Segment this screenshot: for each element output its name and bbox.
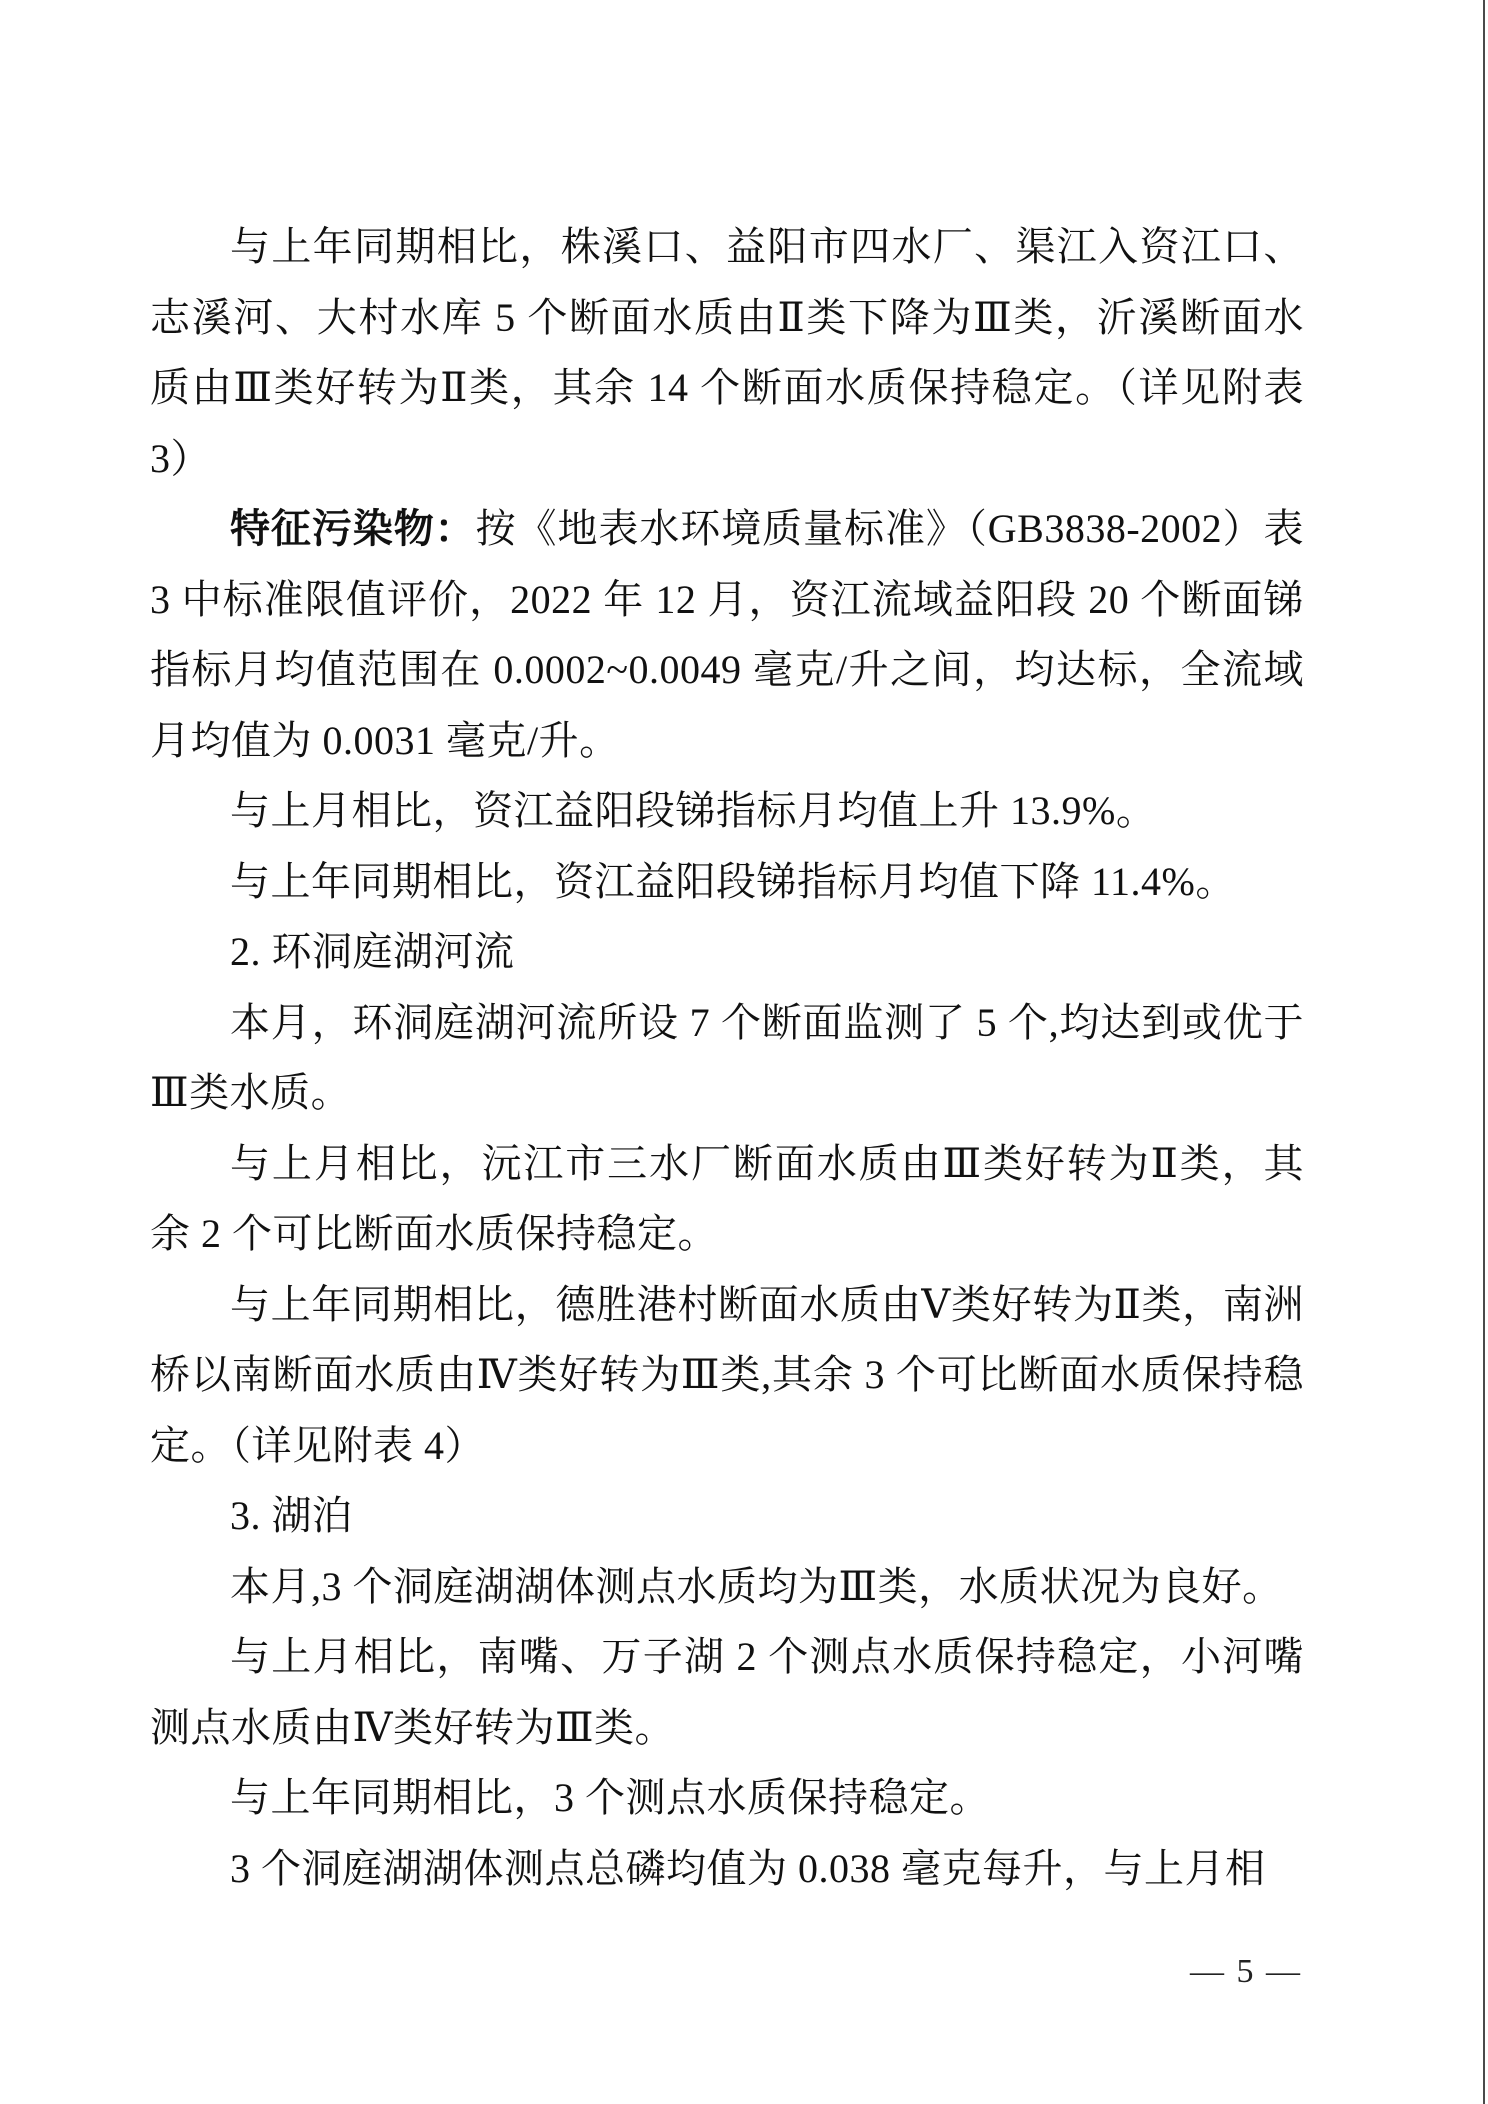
paragraph-lakes-vs-last-year: 与上年同期相比，3 个测点水质保持稳定。: [150, 1763, 1304, 1834]
paragraph-dongting-rivers-vs-last-year: 与上年同期相比，德胜港村断面水质由Ⅴ类好转为Ⅱ类，南洲桥以南断面水质由Ⅳ类好转为…: [150, 1270, 1304, 1482]
paragraph-lakes-overview: 本月,3 个洞庭湖湖体测点水质均为Ⅲ类，水质状况为良好。: [150, 1552, 1304, 1623]
heading-lakes: 3. 湖泊: [150, 1481, 1304, 1552]
paragraph-lakes-vs-last-month: 与上月相比，南嘴、万子湖 2 个测点水质保持稳定，小河嘴测点水质由Ⅳ类好转为Ⅲ类…: [150, 1622, 1304, 1763]
heading-dongting-rivers: 2. 环洞庭湖河流: [150, 917, 1304, 988]
scan-edge-line: [1483, 0, 1485, 2104]
page-number: — 5 —: [1190, 1952, 1302, 1992]
paragraph-dongting-rivers-vs-last-month: 与上月相比，沅江市三水厂断面水质由Ⅲ类好转为Ⅱ类，其余 2 个可比断面水质保持稳…: [150, 1129, 1304, 1270]
characteristic-pollutant-label: 特征污染物：: [230, 506, 476, 551]
paragraph-dongting-rivers-overview: 本月，环洞庭湖河流所设 7 个断面监测了 5 个,均达到或优于Ⅲ类水质。: [150, 988, 1304, 1129]
paragraph-characteristic-pollutant: 特征污染物：按《地表水环境质量标准》（GB3838-2002）表 3 中标准限值…: [150, 494, 1304, 776]
paragraph-antimony-vs-last-month: 与上月相比，资江益阳段锑指标月均值上升 13.9%。: [150, 776, 1304, 847]
document-page: 与上年同期相比，株溪口、益阳市四水厂、渠江入资江口、志溪河、大村水库 5 个断面…: [0, 0, 1488, 2104]
paragraph-total-phosphorus: 3 个洞庭湖湖体测点总磷均值为 0.038 毫克每升，与上月相: [150, 1834, 1304, 1905]
paragraph-compare-last-year-zijiang: 与上年同期相比，株溪口、益阳市四水厂、渠江入资江口、志溪河、大村水库 5 个断面…: [150, 212, 1304, 494]
document-body: 与上年同期相比，株溪口、益阳市四水厂、渠江入资江口、志溪河、大村水库 5 个断面…: [150, 212, 1304, 1904]
paragraph-antimony-vs-last-year: 与上年同期相比，资江益阳段锑指标月均值下降 11.4%。: [150, 847, 1304, 918]
